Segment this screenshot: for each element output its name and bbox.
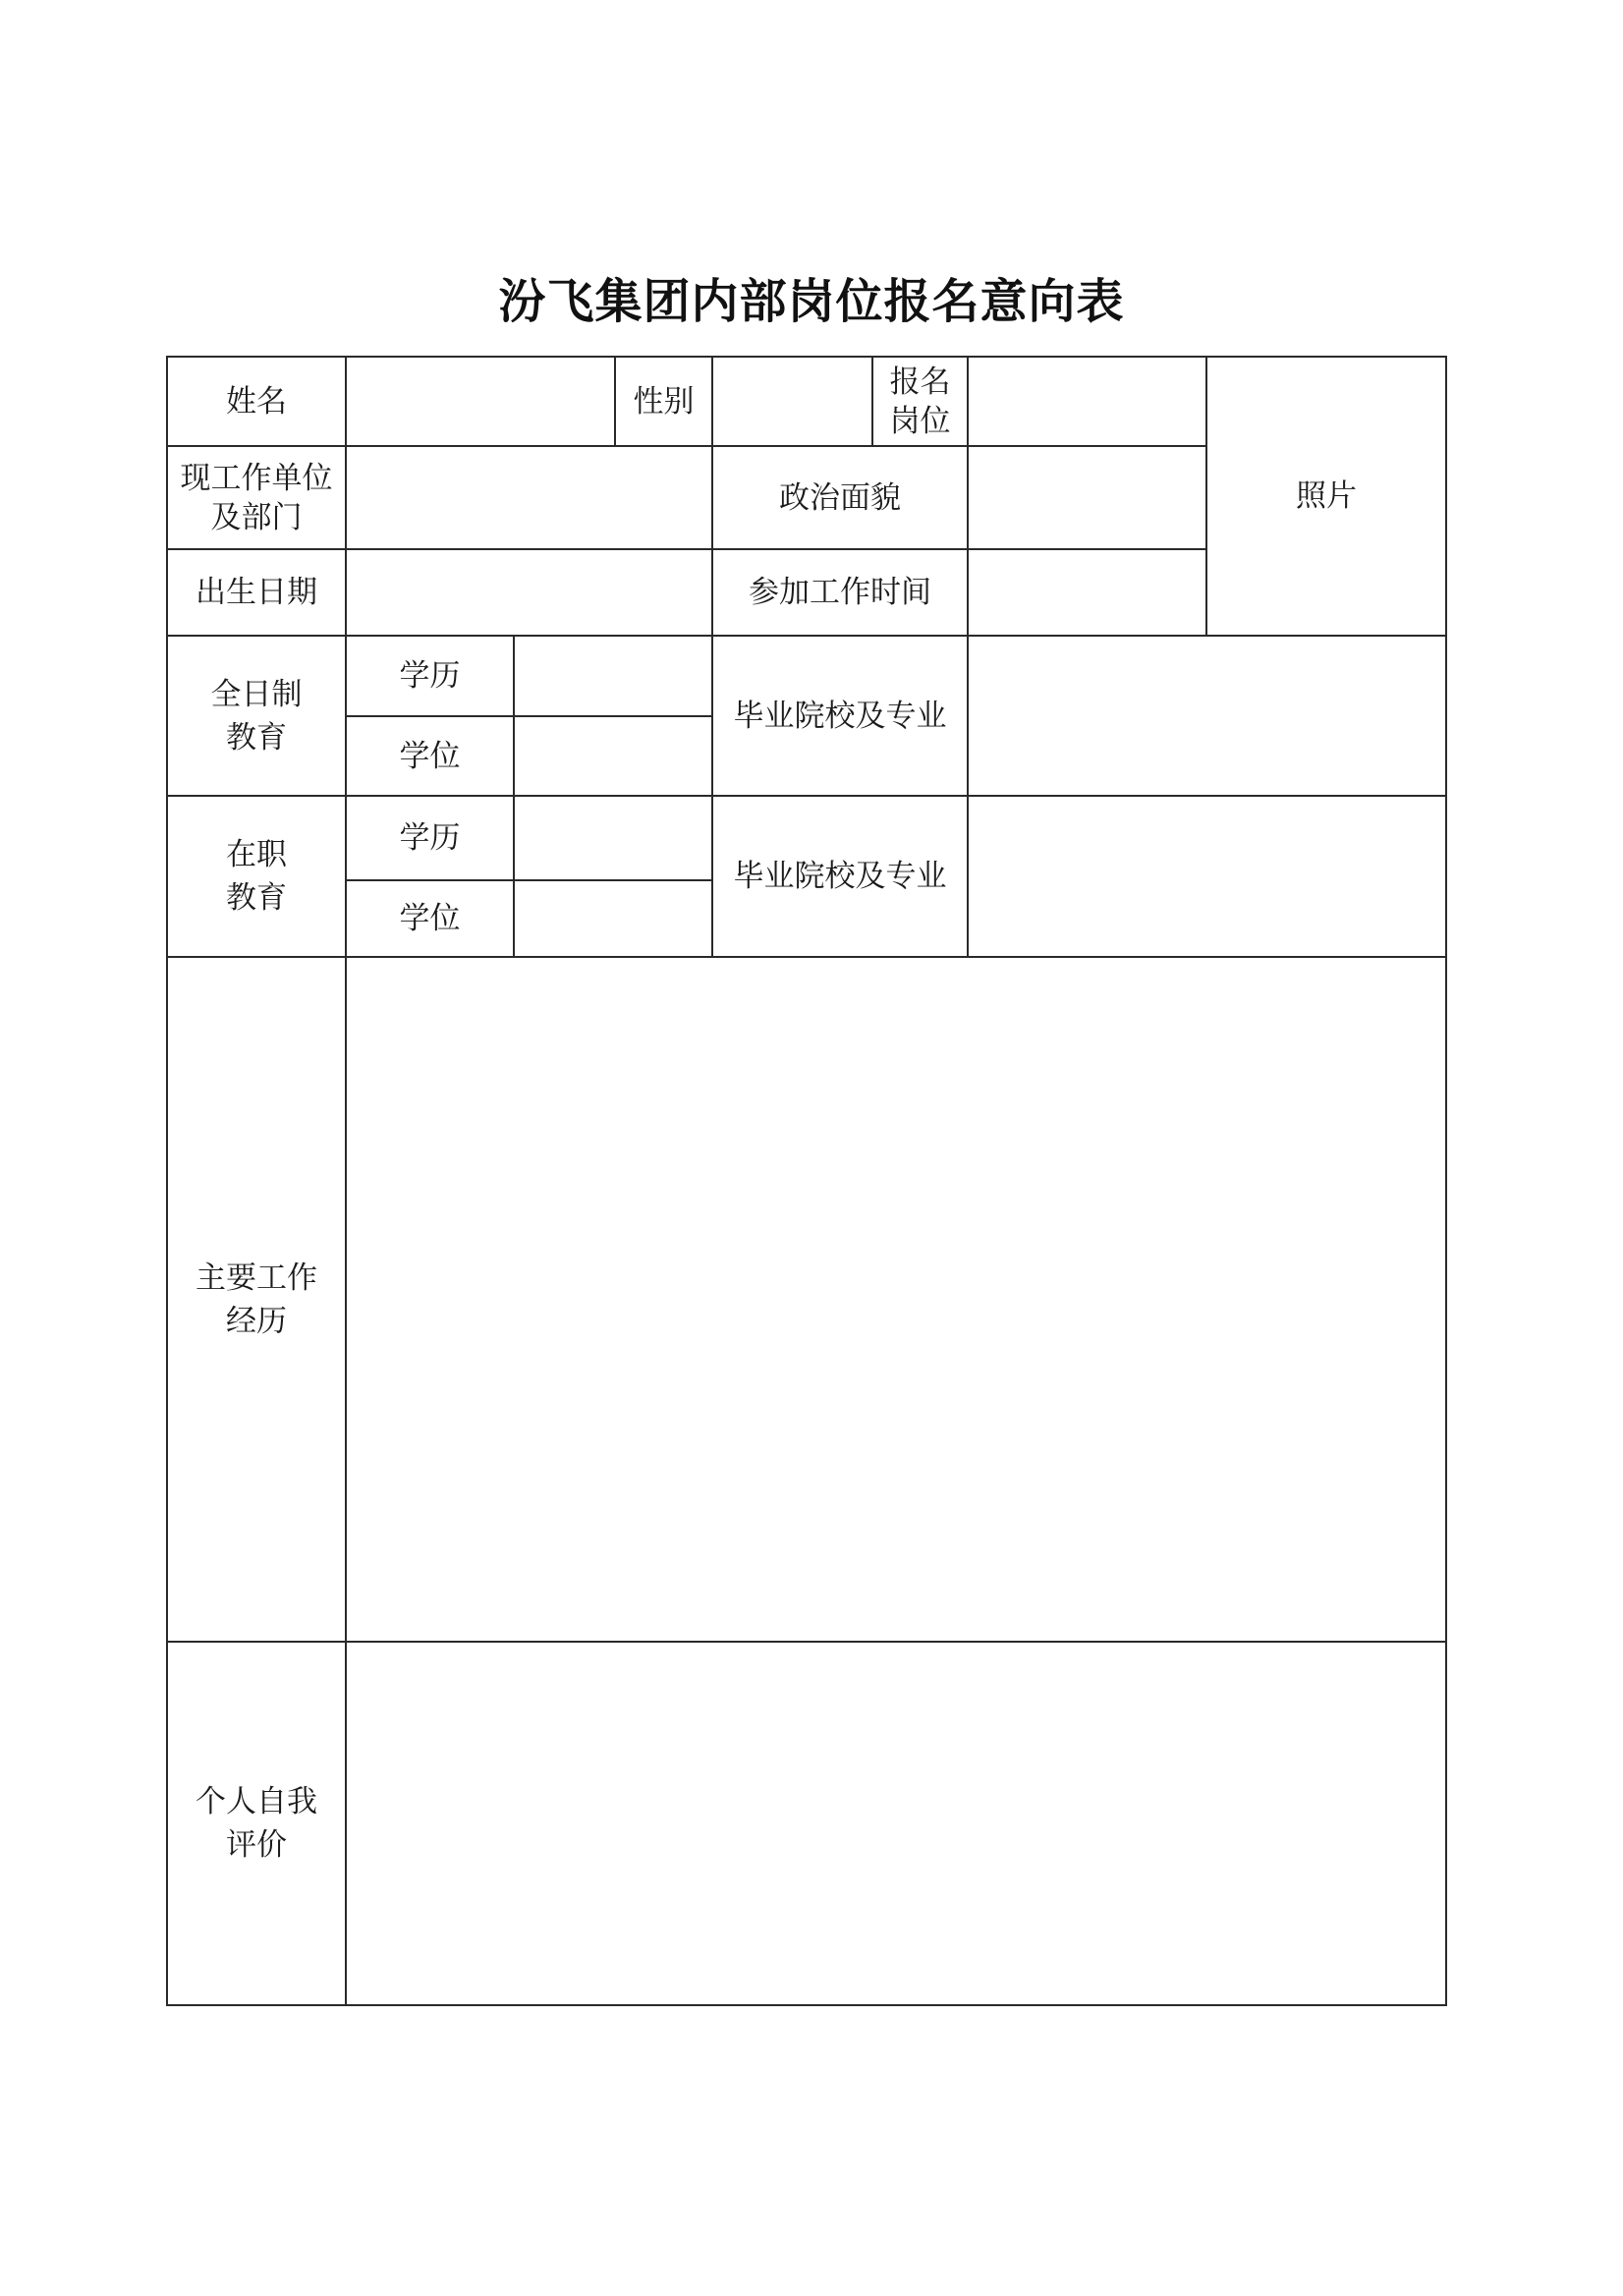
gender-input[interactable]: [713, 358, 871, 445]
label-school-major-text: 毕业院校及专业: [734, 856, 947, 897]
parttime-education-level-field[interactable]: [513, 795, 713, 881]
label-name-text: 姓名: [226, 381, 287, 422]
label-parttime-degree: 学位: [345, 879, 515, 958]
position-field[interactable]: [967, 356, 1207, 447]
label-work-start: 参加工作时间: [711, 548, 969, 637]
label-work-history: 主要工作 经历: [166, 956, 347, 1643]
label-education-level-text: 学历: [400, 655, 461, 697]
label-school-major-text: 毕业院校及专业: [734, 696, 947, 737]
birth-date-field[interactable]: [345, 548, 713, 637]
work-history-field[interactable]: [345, 956, 1447, 1643]
fulltime-school-major-input[interactable]: [969, 637, 1445, 795]
fulltime-education-level-field[interactable]: [513, 635, 713, 717]
work-start-field[interactable]: [967, 548, 1207, 637]
label-fulltime-degree: 学位: [345, 715, 515, 797]
birth-date-input[interactable]: [347, 550, 711, 635]
label-position-text: 报名 岗位: [890, 363, 951, 441]
label-political-status-text: 政治面貌: [779, 477, 901, 519]
label-gender: 性别: [614, 356, 713, 447]
label-self-evaluation: 个人自我 评价: [166, 1641, 347, 2006]
label-fulltime-education-text: 全日制 教育: [211, 673, 303, 759]
political-status-input[interactable]: [969, 447, 1205, 548]
parttime-degree-field[interactable]: [513, 879, 713, 958]
label-photo-text: 照片: [1296, 476, 1357, 517]
fulltime-school-major-field[interactable]: [967, 635, 1447, 797]
self-evaluation-field[interactable]: [345, 1641, 1447, 2006]
label-self-evaluation-text: 个人自我 评价: [196, 1780, 317, 1867]
position-input[interactable]: [969, 358, 1205, 445]
label-name: 姓名: [166, 356, 347, 447]
label-fulltime-school-major: 毕业院校及专业: [711, 635, 969, 797]
label-position: 报名 岗位: [871, 356, 969, 447]
fulltime-education-level-input[interactable]: [515, 637, 711, 715]
label-parttime-school-major: 毕业院校及专业: [711, 795, 969, 958]
label-workplace-text: 现工作单位 及部门: [181, 459, 333, 537]
fulltime-degree-field[interactable]: [513, 715, 713, 797]
label-work-history-text: 主要工作 经历: [196, 1257, 317, 1343]
political-status-field[interactable]: [967, 445, 1207, 550]
workplace-field[interactable]: [345, 445, 713, 550]
work-start-input[interactable]: [969, 550, 1205, 635]
label-degree-text: 学位: [400, 898, 461, 939]
label-workplace: 现工作单位 及部门: [166, 445, 347, 550]
label-political-status: 政治面貌: [711, 445, 969, 550]
parttime-school-major-input[interactable]: [969, 797, 1445, 956]
photo-box[interactable]: 照片: [1205, 356, 1447, 637]
label-parttime-education-text: 在职 教育: [226, 833, 287, 920]
label-degree-text: 学位: [400, 736, 461, 777]
parttime-school-major-field[interactable]: [967, 795, 1447, 958]
name-field[interactable]: [345, 356, 616, 447]
parttime-degree-input[interactable]: [515, 881, 711, 956]
work-history-input[interactable]: [347, 958, 1445, 1641]
fulltime-degree-input[interactable]: [515, 717, 711, 795]
label-parttime-education: 在职 教育: [166, 795, 347, 958]
form-title: 汾飞集团内部岗位报名意向表: [0, 265, 1623, 338]
label-birth-date: 出生日期: [166, 548, 347, 637]
parttime-education-level-input[interactable]: [515, 797, 711, 879]
label-birth-date-text: 出生日期: [196, 572, 317, 613]
label-fulltime-education: 全日制 教育: [166, 635, 347, 797]
label-parttime-education-level: 学历: [345, 795, 515, 881]
workplace-input[interactable]: [347, 447, 711, 548]
label-gender-text: 性别: [634, 381, 695, 422]
label-education-level-text: 学历: [400, 817, 461, 859]
name-input[interactable]: [347, 358, 614, 445]
label-work-start-text: 参加工作时间: [749, 572, 931, 613]
gender-field[interactable]: [711, 356, 873, 447]
label-fulltime-education-level: 学历: [345, 635, 515, 717]
self-evaluation-input[interactable]: [347, 1643, 1445, 2004]
